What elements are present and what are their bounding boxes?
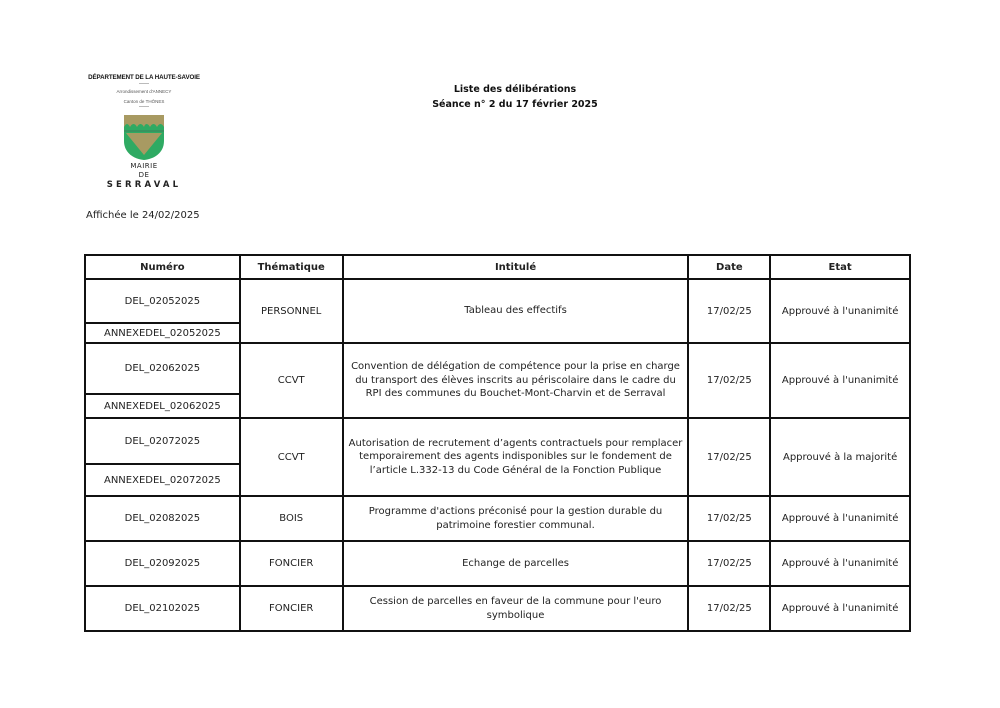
date-cell: 17/02/25 <box>688 279 770 343</box>
table-row: DEL_02052025 PERSONNEL Tableau des effec… <box>85 279 910 323</box>
department-name: DÉPARTEMENT DE LA HAUTE-SAVOIE <box>84 74 204 81</box>
column-header-numero: Numéro <box>85 255 240 279</box>
thematique-cell: CCVT <box>240 418 343 496</box>
table-row: DEL_02082025 BOIS Programme d'actions pr… <box>85 496 910 541</box>
date-cell: 17/02/25 <box>688 586 770 631</box>
intitule-cell: Tableau des effectifs <box>343 279 689 343</box>
numero-cell: DEL_02102025 <box>85 586 240 631</box>
etat-cell: Approuvé à l'unanimité <box>770 343 910 418</box>
session-subtitle: Séance n° 2 du 17 février 2025 <box>400 97 630 112</box>
numero-cell: DEL_02072025 <box>85 418 240 464</box>
column-header-thematique: Thématique <box>240 255 343 279</box>
etat-cell: Approuvé à l'unanimité <box>770 279 910 343</box>
numero-cell: DEL_02062025 <box>85 343 240 394</box>
table-row: DEL_02072025 CCVT Autorisation de recrut… <box>85 418 910 464</box>
date-cell: 17/02/25 <box>688 541 770 586</box>
deliberations-table: Numéro Thématique Intitulé Date Etat DEL… <box>84 254 911 632</box>
column-header-intitule: Intitulé <box>343 255 689 279</box>
annexe-cell: ANNEXEDEL_02052025 <box>85 323 240 343</box>
document-title: Liste des délibérations <box>400 82 630 97</box>
commune-name: SERRAVAL <box>84 180 204 190</box>
annexe-cell: ANNEXEDEL_02062025 <box>85 394 240 418</box>
arrondissement: Arrondissement d'ANNECY <box>84 89 204 94</box>
mairie-label: MAIRIE <box>84 163 204 170</box>
table-row: DEL_02092025 FONCIER Echange de parcelle… <box>85 541 910 586</box>
table-header-row: Numéro Thématique Intitulé Date Etat <box>85 255 910 279</box>
thematique-cell: FONCIER <box>240 541 343 586</box>
date-cell: 17/02/25 <box>688 418 770 496</box>
numero-cell: DEL_02092025 <box>85 541 240 586</box>
canton: Canton de THÔNES <box>84 99 204 104</box>
date-cell: 17/02/25 <box>688 343 770 418</box>
intitule-cell: Cession de parcelles en faveur de la com… <box>343 586 689 631</box>
annexe-cell: ANNEXEDEL_02072025 <box>85 464 240 496</box>
numero-cell: DEL_02082025 <box>85 496 240 541</box>
date-cell: 17/02/25 <box>688 496 770 541</box>
table-row: DEL_02062025 CCVT Convention de délégati… <box>85 343 910 394</box>
etat-cell: Approuvé à la majorité <box>770 418 910 496</box>
etat-cell: Approuvé à l'unanimité <box>770 586 910 631</box>
divider <box>139 106 149 107</box>
thematique-cell: PERSONNEL <box>240 279 343 343</box>
divider <box>139 83 149 84</box>
coat-of-arms-icon <box>122 113 166 161</box>
column-header-date: Date <box>688 255 770 279</box>
thematique-cell: CCVT <box>240 343 343 418</box>
thematique-cell: BOIS <box>240 496 343 541</box>
thematique-cell: FONCIER <box>240 586 343 631</box>
letterhead: DÉPARTEMENT DE LA HAUTE-SAVOIE Arrondiss… <box>84 74 204 190</box>
intitule-cell: Convention de délégation de compétence p… <box>343 343 689 418</box>
mairie-de-label: DE <box>84 172 204 179</box>
intitule-cell: Autorisation de recrutement d’agents con… <box>343 418 689 496</box>
column-header-etat: Etat <box>770 255 910 279</box>
numero-cell: DEL_02052025 <box>85 279 240 323</box>
posted-date: Affichée le 24/02/2025 <box>86 210 200 221</box>
intitule-cell: Programme d'actions préconisé pour la ge… <box>343 496 689 541</box>
intitule-cell: Echange de parcelles <box>343 541 689 586</box>
etat-cell: Approuvé à l'unanimité <box>770 496 910 541</box>
etat-cell: Approuvé à l'unanimité <box>770 541 910 586</box>
document-title-block: Liste des délibérations Séance n° 2 du 1… <box>400 82 630 112</box>
table-row: DEL_02102025 FONCIER Cession de parcelle… <box>85 586 910 631</box>
